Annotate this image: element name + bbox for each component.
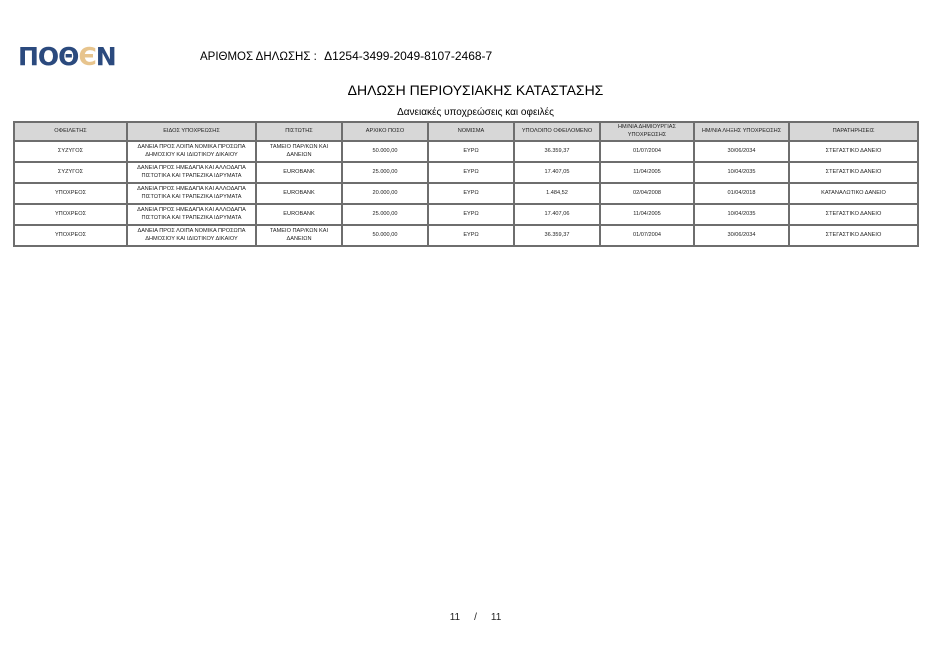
cell-obligation-type: ΔΑΝΕΙΑ ΠΡΟΣ ΗΜΕΔΑΠΑ ΚΑΙ ΑΛΛΟΔΑΠΑ ΠΙΣΤΩΤΙ…: [127, 204, 256, 225]
column-header-remaining-balance: ΥΠΟΛΟΙΠΟ ΟΦΕΙΛΟΜΕΝΟ: [514, 122, 600, 141]
cell-obligation-type: ΔΑΝΕΙΑ ΠΡΟΣ ΛΟΙΠΑ ΝΟΜΙΚΑ ΠΡΟΣΩΠΑ ΔΗΜΟΣΙΟ…: [127, 141, 256, 162]
cell-end-date: 30/06/2034: [694, 225, 789, 246]
cell-creditor: ΤΑΜΕΙΟ ΠΑΡ/ΚΩΝ ΚΑΙ ΔΑΝΕΙΩΝ: [256, 141, 342, 162]
declaration-number: Δ1254-3499-2049-8107-2468-7: [324, 49, 492, 63]
page-indicator: 11/11: [0, 612, 951, 623]
cell-initial-amount: 25.000,00: [342, 204, 428, 225]
column-header-obligation-type: ΕΙΔΟΣ ΥΠΟΧΡΕΩΣΗΣ: [127, 122, 256, 141]
column-header-debtor: ΟΦΕΙΛΕΤΗΣ: [14, 122, 127, 141]
cell-currency: ΕΥΡΩ: [428, 183, 514, 204]
cell-currency: ΕΥΡΩ: [428, 162, 514, 183]
cell-start-date: 01/07/2004: [600, 141, 694, 162]
column-header-remarks: ΠΑΡΑΤΗΡΗΣΕΙΣ: [789, 122, 918, 141]
cell-end-date: 30/06/2034: [694, 141, 789, 162]
cell-start-date: 01/07/2004: [600, 225, 694, 246]
cell-creditor: EUROBANK: [256, 162, 342, 183]
logo: ΠΟΘЄΝ: [18, 43, 116, 71]
declaration-number-line: ΑΡΙΘΜΟΣ ΔΗΛΩΣΗΣ : Δ1254-3499-2049-8107-2…: [200, 49, 492, 63]
cell-debtor: ΥΠΟΧΡΕΟΣ: [14, 183, 127, 204]
table-header-row: ΟΦΕΙΛΕΤΗΣΕΙΔΟΣ ΥΠΟΧΡΕΩΣΗΣΠΙΣΤΩΤΗΣΑΡΧΙΚΟ …: [14, 122, 918, 141]
cell-remaining-balance: 17.407,06: [514, 204, 600, 225]
table-row: ΥΠΟΧΡΕΟΣΔΑΝΕΙΑ ΠΡΟΣ ΛΟΙΠΑ ΝΟΜΙΚΑ ΠΡΟΣΩΠΑ…: [14, 225, 918, 246]
cell-initial-amount: 50.000,00: [342, 141, 428, 162]
cell-debtor: ΥΠΟΧΡΕΟΣ: [14, 204, 127, 225]
column-header-initial-amount: ΑΡΧΙΚΟ ΠΟΣΟ: [342, 122, 428, 141]
cell-debtor: ΣΥΖΥΓΟΣ: [14, 141, 127, 162]
cell-creditor: ΤΑΜΕΙΟ ΠΑΡ/ΚΩΝ ΚΑΙ ΔΑΝΕΙΩΝ: [256, 225, 342, 246]
section-subtitle: Δανειακές υποχρεώσεις και οφειλές: [0, 107, 951, 118]
cell-remarks: ΣΤΕΓΑΣΤΙΚΟ ΔΑΝΕΙΟ: [789, 162, 918, 183]
cell-start-date: 11/04/2005: [600, 204, 694, 225]
cell-end-date: 01/04/2018: [694, 183, 789, 204]
cell-initial-amount: 20.000,00: [342, 183, 428, 204]
cell-obligation-type: ΔΑΝΕΙΑ ΠΡΟΣ ΛΟΙΠΑ ΝΟΜΙΚΑ ΠΡΟΣΩΠΑ ΔΗΜΟΣΙΟ…: [127, 225, 256, 246]
cell-start-date: 11/04/2005: [600, 162, 694, 183]
cell-debtor: ΥΠΟΧΡΕΟΣ: [14, 225, 127, 246]
total-pages: 11: [491, 612, 501, 623]
column-header-start-date: ΗΜ/ΝΙΑ ΔΗΜΙΟΥΡΓΙΑΣ ΥΠΟΧΡΕΩΣΗΣ: [600, 122, 694, 141]
column-header-creditor: ΠΙΣΤΩΤΗΣ: [256, 122, 342, 141]
table-row: ΥΠΟΧΡΕΟΣΔΑΝΕΙΑ ΠΡΟΣ ΗΜΕΔΑΠΑ ΚΑΙ ΑΛΛΟΔΑΠΑ…: [14, 183, 918, 204]
table-row: ΣΥΖΥΓΟΣΔΑΝΕΙΑ ΠΡΟΣ ΛΟΙΠΑ ΝΟΜΙΚΑ ΠΡΟΣΩΠΑ …: [14, 141, 918, 162]
column-header-end-date: ΗΜ/ΝΙΑ ΛΗΞΗΣ ΥΠΟΧΡΕΩΣΗΣ: [694, 122, 789, 141]
logo-text-accent: Є: [78, 42, 95, 71]
cell-currency: ΕΥΡΩ: [428, 225, 514, 246]
cell-creditor: EUROBANK: [256, 204, 342, 225]
column-header-currency: ΝΟΜΙΣΜΑ: [428, 122, 514, 141]
declaration-label: ΑΡΙΘΜΟΣ ΔΗΛΩΣΗΣ :: [200, 51, 317, 63]
table-row: ΥΠΟΧΡΕΟΣΔΑΝΕΙΑ ΠΡΟΣ ΗΜΕΔΑΠΑ ΚΑΙ ΑΛΛΟΔΑΠΑ…: [14, 204, 918, 225]
cell-remaining-balance: 36.359,37: [514, 225, 600, 246]
cell-initial-amount: 25.000,00: [342, 162, 428, 183]
current-page: 11: [450, 612, 460, 623]
debts-table: ΟΦΕΙΛΕΤΗΣΕΙΔΟΣ ΥΠΟΧΡΕΩΣΗΣΠΙΣΤΩΤΗΣΑΡΧΙΚΟ …: [13, 121, 919, 247]
cell-start-date: 02/04/2008: [600, 183, 694, 204]
cell-end-date: 10/04/2035: [694, 204, 789, 225]
cell-currency: ΕΥΡΩ: [428, 204, 514, 225]
cell-remarks: ΣΤΕΓΑΣΤΙΚΟ ΔΑΝΕΙΟ: [789, 141, 918, 162]
cell-debtor: ΣΥΖΥΓΟΣ: [14, 162, 127, 183]
cell-remarks: ΣΤΕΓΑΣΤΙΚΟ ΔΑΝΕΙΟ: [789, 225, 918, 246]
cell-initial-amount: 50.000,00: [342, 225, 428, 246]
page-separator: /: [474, 612, 477, 623]
cell-obligation-type: ΔΑΝΕΙΑ ΠΡΟΣ ΗΜΕΔΑΠΑ ΚΑΙ ΑΛΛΟΔΑΠΑ ΠΙΣΤΩΤΙ…: [127, 162, 256, 183]
cell-remarks: ΣΤΕΓΑΣΤΙΚΟ ΔΑΝΕΙΟ: [789, 204, 918, 225]
cell-remarks: ΚΑΤΑΝΑΛΩΤΙΚΟ ΔΑΝΕΙΟ: [789, 183, 918, 204]
cell-end-date: 10/04/2035: [694, 162, 789, 183]
table-body: ΣΥΖΥΓΟΣΔΑΝΕΙΑ ΠΡΟΣ ΛΟΙΠΑ ΝΟΜΙΚΑ ΠΡΟΣΩΠΑ …: [14, 141, 918, 246]
cell-obligation-type: ΔΑΝΕΙΑ ΠΡΟΣ ΗΜΕΔΑΠΑ ΚΑΙ ΑΛΛΟΔΑΠΑ ΠΙΣΤΩΤΙ…: [127, 183, 256, 204]
table-row: ΣΥΖΥΓΟΣΔΑΝΕΙΑ ΠΡΟΣ ΗΜΕΔΑΠΑ ΚΑΙ ΑΛΛΟΔΑΠΑ …: [14, 162, 918, 183]
cell-remaining-balance: 17.407,05: [514, 162, 600, 183]
cell-creditor: EUROBANK: [256, 183, 342, 204]
logo-text-main: ΠΟΘ: [18, 42, 78, 71]
cell-remaining-balance: 1.484,52: [514, 183, 600, 204]
cell-currency: ΕΥΡΩ: [428, 141, 514, 162]
cell-remaining-balance: 36.359,37: [514, 141, 600, 162]
page-title: ΔΗΛΩΣΗ ΠΕΡΙΟΥΣΙΑΚΗΣ ΚΑΤΑΣΤΑΣΗΣ: [0, 82, 951, 98]
logo-text-end: Ν: [96, 42, 116, 71]
